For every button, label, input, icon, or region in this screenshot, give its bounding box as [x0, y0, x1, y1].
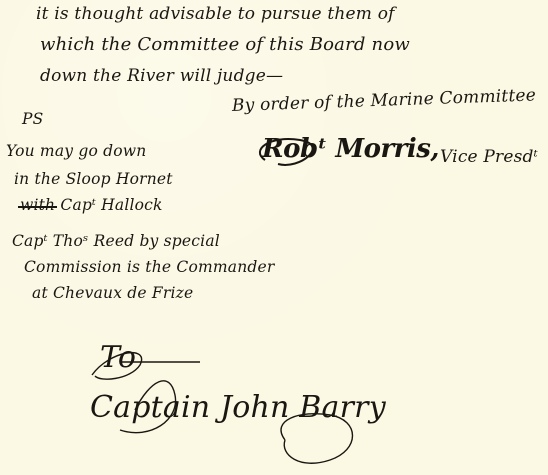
postscript-line-1: You may go down: [6, 142, 146, 160]
note-line-3: at Chevaux de Frize: [32, 284, 193, 302]
struck-word: with: [20, 196, 55, 214]
letter-page: it is thought advisable to pursue them o…: [0, 0, 548, 475]
postscript-label: PS: [22, 110, 43, 128]
note-line-1: Capᵗ Thoˢ Reed by special: [12, 232, 220, 250]
postscript-line-3: with Capᵗ Hallock: [20, 196, 163, 214]
signature-title: Vice Presdᵗ: [440, 147, 538, 167]
note-line-2: Commission is the Commander: [24, 258, 275, 276]
closing-line: By order of the Marine Committee: [232, 85, 537, 116]
address-addressee: Captain John Barry: [90, 390, 386, 425]
body-line-2: which the Committee of this Board now: [40, 34, 410, 55]
postscript-captain: Capᵗ Hallock: [60, 196, 162, 214]
postscript-line-2: in the Sloop Hornet: [14, 170, 173, 188]
signature-name: Robᵗ Morris,: [262, 134, 439, 164]
address-to: To: [100, 340, 136, 375]
body-line-1: it is thought advisable to pursue them o…: [36, 4, 395, 24]
body-line-3: down the River will judge—: [40, 66, 283, 86]
